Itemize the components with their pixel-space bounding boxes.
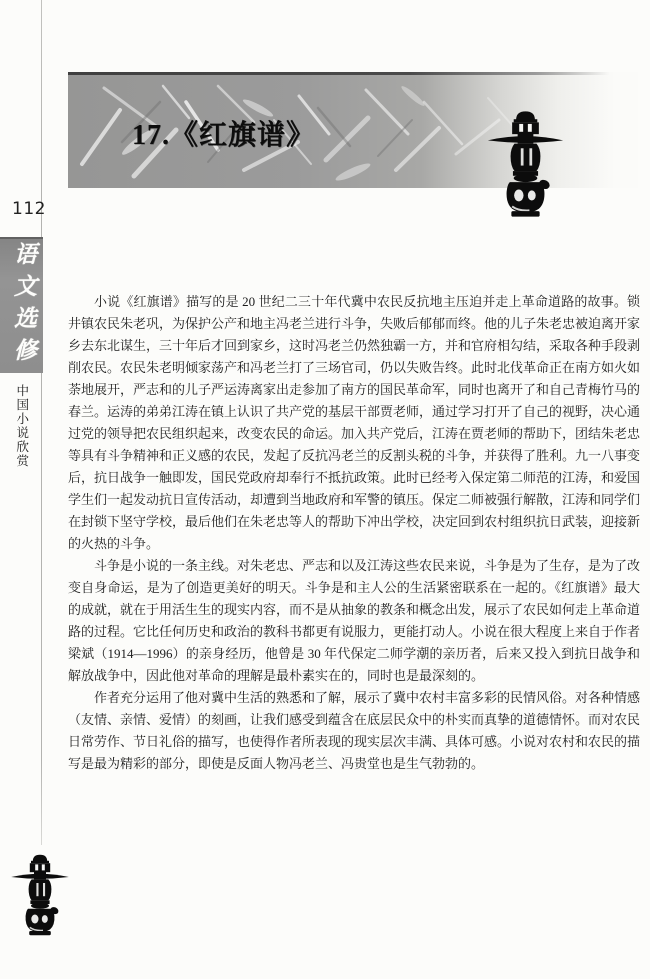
textbook-page: 112 语文选修 中国小说欣赏 xyxy=(0,0,650,979)
body-paragraph: 斗争是小说的一条主线。对朱老忠、严志和以及江涛这些农民来说，斗争是为了生存，是为… xyxy=(68,555,640,687)
lantern-icon xyxy=(10,853,70,937)
body-paragraph: 小说《红旗谱》描写的是 20 世纪二三十年代冀中农民反抗地主压迫并走上革命道路的… xyxy=(68,291,640,555)
lantern-icon xyxy=(486,109,565,219)
chapter-title: 17.《红旗谱》 xyxy=(132,113,315,153)
sidebar-course-label: 中国小说欣赏 xyxy=(0,384,43,470)
page-number: 112 xyxy=(12,199,40,219)
series-tab-label: 语文选修 xyxy=(12,242,35,370)
body-paragraph: 作者充分运用了他对冀中生活的熟悉和了解，展示了冀中农村丰富多彩的民情风俗。对各种… xyxy=(68,687,640,775)
course-label-text: 中国小说欣赏 xyxy=(15,384,28,468)
sidebar-series-tab: 语文选修 xyxy=(0,237,43,373)
body-text: 小说《红旗谱》描写的是 20 世纪二三十年代冀中农民反抗地主压迫并走上革命道路的… xyxy=(68,291,640,775)
